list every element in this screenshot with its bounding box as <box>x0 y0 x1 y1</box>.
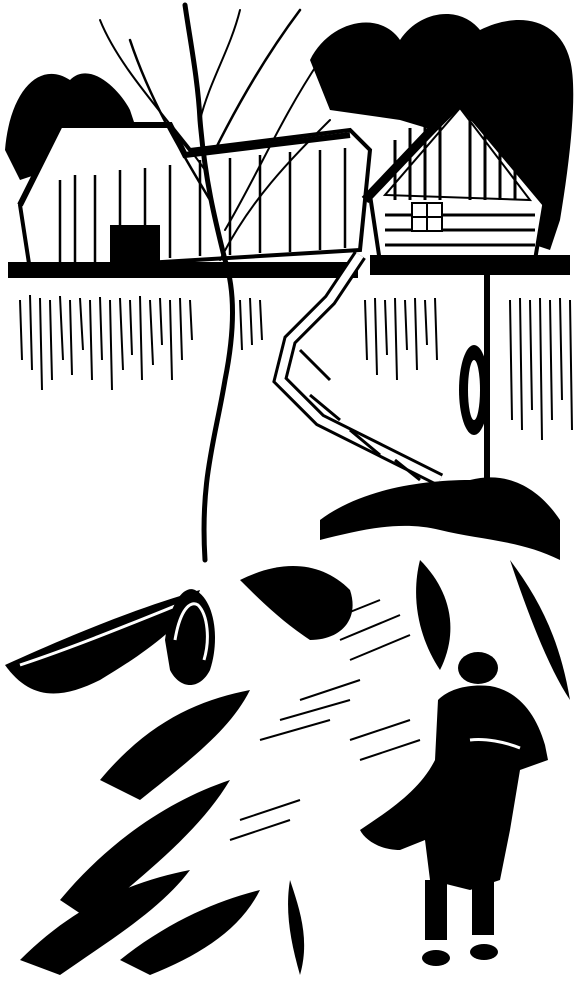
illustration <box>0 0 578 983</box>
